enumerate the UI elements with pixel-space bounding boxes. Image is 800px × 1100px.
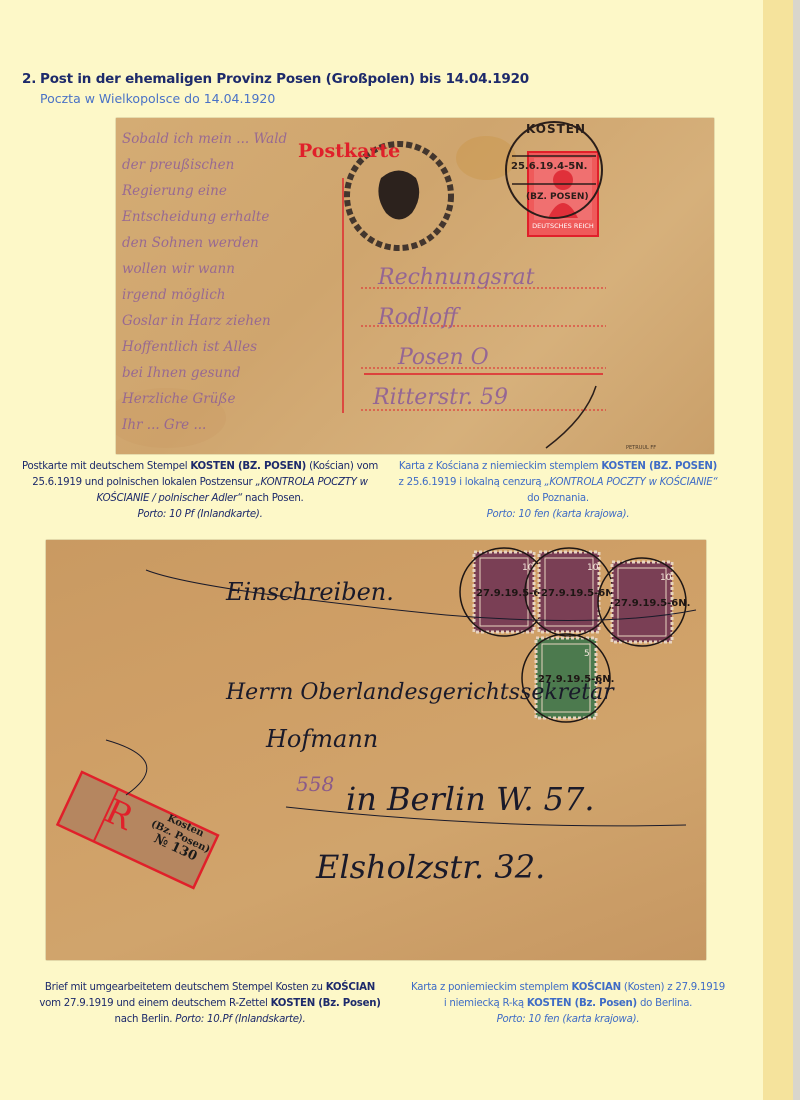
caption-text: nach Posen. <box>242 493 304 504</box>
message-line: Goslar in Harz ziehen <box>122 308 337 334</box>
caption-bold-text: KOSTEN (Bz. Posen) <box>271 998 381 1009</box>
svg-text:10: 10 <box>587 563 599 573</box>
message-line: Ihr ... Gre ... <box>122 412 337 438</box>
message-line: Regierung eine <box>122 178 337 204</box>
message-line: Entscheidung erhalte <box>122 204 337 230</box>
svg-text:10: 10 <box>660 573 672 583</box>
caption-text: i niemiecką R-ką <box>444 998 527 1009</box>
caption-text: do Poznania. <box>527 493 589 504</box>
message-line: Sobald ich mein ... Wald <box>122 126 337 152</box>
caption-bold-text: KOSTEN (Bz. Posen) <box>527 998 637 1009</box>
caption-bold-text: KOŚCIAN <box>572 982 621 993</box>
message-line: bei Ihnen gesund <box>122 360 337 386</box>
title-german: Post in der ehemaligen Provinz Posen (Gr… <box>40 71 529 87</box>
caption-italic-text: Porto: 10.Pf (Inlandskarte). <box>175 1014 305 1025</box>
postmark-district: (BZ. POSEN) <box>526 192 589 202</box>
caption-text: Brief mit umgearbeitetem deutschem Stemp… <box>45 982 326 993</box>
caption-text: do Berlina. <box>637 998 692 1009</box>
section-heading: 2.Post in der ehemaligen Provinz Posen (… <box>22 71 529 87</box>
postcard-caption-polish: Karta z Kościana z niemieckim stemplem K… <box>398 459 718 523</box>
message-line: der preußischen <box>122 152 337 178</box>
pencil-note: 558 <box>296 772 334 796</box>
title-polish: Poczta w Wielkopolsce do 14.04.1920 <box>40 91 275 106</box>
postmark-town: KOSTEN <box>526 122 586 136</box>
envelope-line-name: Hofmann <box>266 725 378 753</box>
caption-italic-text: Porto: 10 fen (karta krajowa). <box>487 509 630 520</box>
caption-italic-text: Porto: 10 Pf (Inlandkarte). <box>137 509 262 520</box>
caption-text: Karta z Kościana z niemieckim stemplem <box>399 461 601 472</box>
svg-text:27.9.19.5-6N.: 27.9.19.5-6N. <box>541 588 617 599</box>
svg-text:5: 5 <box>584 649 590 659</box>
address-line: Ritterstr. 59 <box>373 378 618 418</box>
envelope-caption-polish: Karta z poniemieckim stemplem KOŚCIAN (K… <box>398 980 738 1028</box>
caption-bold-text: KOSTEN (BZ. POSEN) <box>190 461 306 472</box>
envelope-caption-german: Brief mit umgearbeitetem deutschem Stemp… <box>20 980 400 1028</box>
postcard-item: Postkarte KOSTEN 25.6.19.4-5N. (BZ. POSE… <box>116 118 714 454</box>
postcard-caption-german: Postkarte mit deutschem Stempel KOSTEN (… <box>20 459 380 523</box>
message-line: den Sohnen werden <box>122 230 337 256</box>
message-line: Hoffentlich ist Alles <box>122 334 337 360</box>
address-text: RechnungsratRodloffPosen ORitterstr. 59 <box>378 258 618 418</box>
message-text: Sobald ich mein ... Waldder preußischenR… <box>122 126 337 438</box>
page-edge <box>793 0 800 1100</box>
envelope-line-city: in Berlin W. 57. <box>346 780 595 818</box>
page-flap <box>763 0 793 1100</box>
message-line: wollen wir wann <box>122 256 337 282</box>
caption-text: (Kosten) z 27.9.1919 <box>621 982 725 993</box>
address-line: Posen O <box>398 338 618 378</box>
envelope-line-addressee: Herrn Oberlandesgerichtssekretär <box>226 680 614 705</box>
envelope-line-street: Elsholzstr. 32. <box>316 848 545 886</box>
envelope-item: 1027.9.19.5-6N.1027.9.19.5-6N.1027.9.19.… <box>46 540 706 960</box>
message-line: Herzliche Grüße <box>122 386 337 412</box>
caption-bold-text: KOŚCIAN <box>326 982 375 993</box>
address-line: Rodloff <box>378 298 618 338</box>
section-number: 2. <box>22 71 40 87</box>
caption-text: vom 27.9.1919 und einem deutschem R-Zett… <box>39 998 270 1009</box>
message-line: irgend möglich <box>122 282 337 308</box>
stamp-country: DEUTSCHES REICH <box>528 222 598 230</box>
address-line: Rechnungsrat <box>378 258 618 298</box>
caption-text: z 25.6.1919 i lokalną cenzurą <box>399 477 545 488</box>
svg-text:27.9.19.5-6N.: 27.9.19.5-6N. <box>614 598 690 609</box>
caption-bold-text: KOSTEN (BZ. POSEN) <box>601 461 717 472</box>
caption-text: nach Berlin. <box>115 1014 176 1025</box>
printer-mark: PETRUUL FF <box>626 445 656 451</box>
caption-italic-text: Porto: 10 fen (karta krajowa). <box>497 1014 640 1025</box>
postmark-date: 25.6.19.4-5N. <box>511 161 587 172</box>
caption-text: Karta z poniemieckim stemplem <box>411 982 571 993</box>
envelope-line-registered: Einschreiben. <box>226 578 394 606</box>
caption-text: Postkarte mit deutschem Stempel <box>22 461 190 472</box>
caption-italic-text: „KONTROLA POCZTY w KOŚCIANIE“ <box>544 477 717 488</box>
